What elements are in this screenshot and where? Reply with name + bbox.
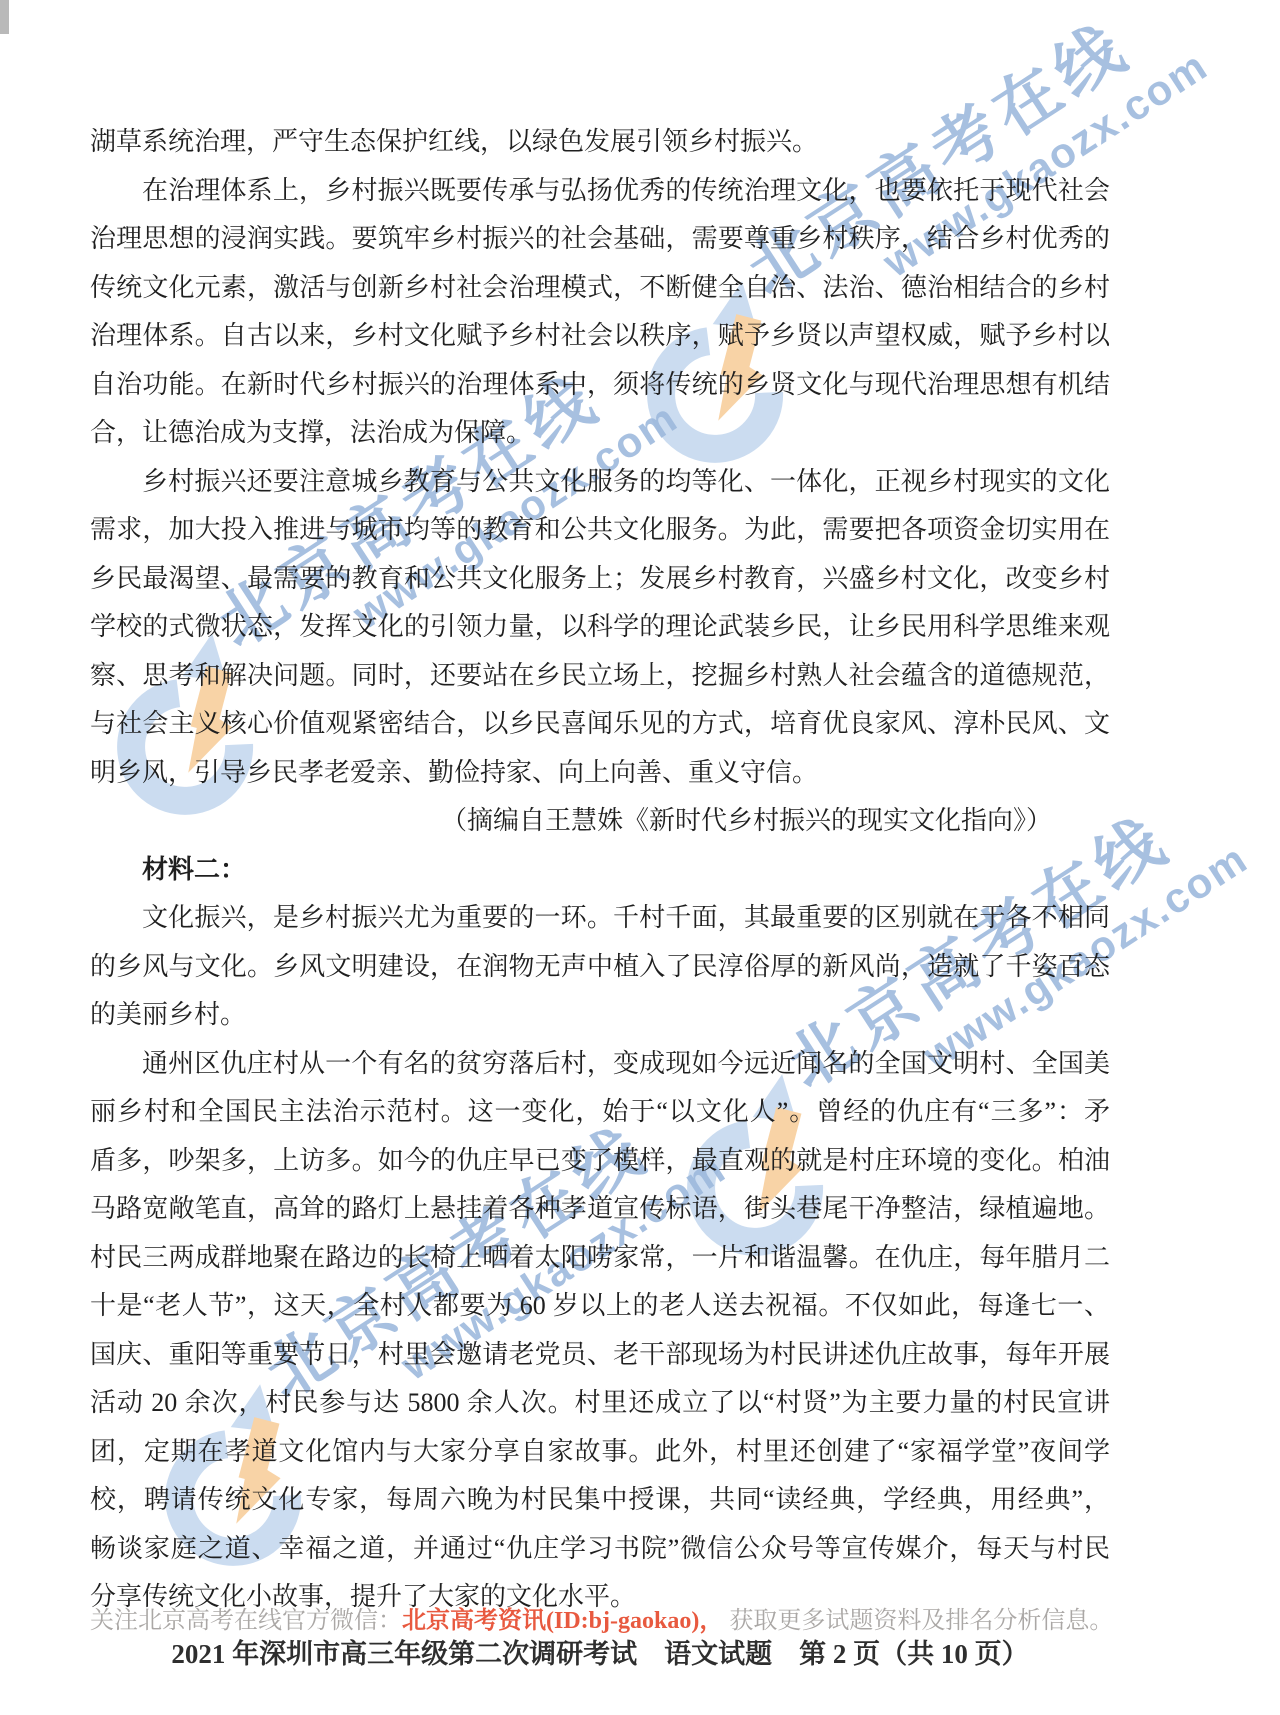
text-line: 村民三两成群地聚在路边的长椅上晒着太阳唠家常，一片和谐温馨。在仇庄，每年腊月二 xyxy=(90,1234,1110,1283)
text-line: 湖草系统治理，严守生态保护红线，以绿色发展引领乡村振兴。 xyxy=(90,118,1110,167)
text-line: 治理思想的浸润实践。要筑牢乡村振兴的社会基础，需要尊重乡村秩序，结合乡村优秀的 xyxy=(90,215,1110,264)
text-line: 传统文化元素，激活与创新乡村社会治理模式，不断健全自治、法治、德治相结合的乡村 xyxy=(90,264,1110,313)
text-line: 马路宽敞笔直，高耸的路灯上悬挂着各种孝道宣传标语，街头巷尾干净整洁，绿植遍地。 xyxy=(90,1185,1110,1234)
scan-edge-artifact xyxy=(0,0,9,34)
text-line: 丽乡村和全国民主法治示范村。这一变化，始于“以文化人”。曾经的仇庄有“三多”：矛 xyxy=(90,1088,1110,1137)
text-line: 治理体系。自古以来，乡村文化赋予乡村社会以秩序，赋予乡贤以声望权威，赋予乡村以 xyxy=(90,312,1110,361)
document-body: 湖草系统治理，严守生态保护红线，以绿色发展引领乡村振兴。 在治理体系上，乡村振兴… xyxy=(90,118,1110,1622)
text-line: 团，定期在孝道文化馆内与大家分享自家故事。此外，村里还创建了“家福学堂”夜间学 xyxy=(90,1428,1110,1477)
text-line: 学校的式微状态，发挥文化的引领力量，以科学的理论武装乡民，让乡民用科学思维来观 xyxy=(90,603,1110,652)
footer-note-suffix: 获取更多试题资料及排名分析信息。 xyxy=(723,1608,1113,1634)
text-line: 文化振兴，是乡村振兴尤为重要的一环。千村千面，其最重要的区别就在于各不相同 xyxy=(90,894,1110,943)
citation-line: （摘编自王慧姝《新时代乡村振兴的现实文化指向》） xyxy=(90,797,1110,846)
text-line: 的美丽乡村。 xyxy=(90,991,1110,1040)
text-line: 自治功能。在新时代乡村振兴的治理体系中，须将传统的乡贤文化与现代治理思想有机结 xyxy=(90,361,1110,410)
text-line: 明乡风，引导乡民孝老爱亲、勤俭持家、向上向善、重义守信。 xyxy=(90,749,1110,798)
footer-note-prefix: 关注北京高考在线官方微信： xyxy=(90,1608,402,1634)
text-line: 校，聘请传统文化专家，每周六晚为村民集中授课，共同“读经典，学经典，用经典”， xyxy=(90,1476,1110,1525)
text-line: 合，让德治成为支撑，法治成为保障。 xyxy=(90,409,1110,458)
text-line: 国庆、重阳等重要节日，村里会邀请老党员、老干部现场为村民讲述仇庄故事，每年开展 xyxy=(90,1331,1110,1380)
text-line: 畅谈家庭之道、幸福之道，并通过“仇庄学习书院”微信公众号等宣传媒介，每天与村民 xyxy=(90,1525,1110,1574)
text-line: 在治理体系上，乡村振兴既要传承与弘扬优秀的传统治理文化，也要依托于现代社会 xyxy=(90,167,1110,216)
footer-page-line: 2021 年深圳市高三年级第二次调研考试 语文试题 第 2 页（共 10 页） xyxy=(90,1636,1110,1672)
text-line: 与社会主义核心价值观紧密结合，以乡民喜闻乐见的方式，培育优良家风、淳朴民风、文 xyxy=(90,700,1110,749)
text-line: 十是“老人节”，这天，全村人都要为 60 岁以上的老人送去祝福。不仅如此，每逢七… xyxy=(90,1282,1110,1331)
text-line: 察、思考和解决问题。同时，还要站在乡民立场上，挖掘乡村熟人社会蕴含的道德规范， xyxy=(90,652,1110,701)
text-line: 乡民最渴望、最需要的教育和公共文化服务上；发展乡村教育，兴盛乡村文化，改变乡村 xyxy=(90,555,1110,604)
footer-promo-note: 关注北京高考在线官方微信：北京高考资讯(ID:bj-gaokao)， 获取更多试… xyxy=(90,1604,1110,1638)
footer-note-wechat-id: 北京高考资讯(ID:bj-gaokao)， xyxy=(402,1608,723,1634)
text-line: 乡村振兴还要注意城乡教育与公共文化服务的均等化、一体化，正视乡村现实的文化 xyxy=(90,458,1110,507)
text-line: 需求，加大投入推进与城市均等的教育和公共文化服务。为此，需要把各项资金切实用在 xyxy=(90,506,1110,555)
text-line: 的乡风与文化。乡风文明建设，在润物无声中植入了民淳俗厚的新风尚，造就了千姿百态 xyxy=(90,943,1110,992)
text-line: 盾多，吵架多，上访多。如今的仇庄早已变了模样，最直观的就是村庄环境的变化。柏油 xyxy=(90,1137,1110,1186)
exam-paper-page: 北京高考在线 www.gkaozx.com 北京高考在线 www.gkaozx.… xyxy=(0,0,1280,1715)
text-line: 活动 20 余次，村民参与达 5800 余人次。村里还成立了以“村贤”为主要力量… xyxy=(90,1379,1110,1428)
text-line: 通州区仇庄村从一个有名的贫穷落后村，变成现如今远近闻名的全国文明村、全国美 xyxy=(90,1040,1110,1089)
material-two-heading: 材料二： xyxy=(90,846,1110,895)
